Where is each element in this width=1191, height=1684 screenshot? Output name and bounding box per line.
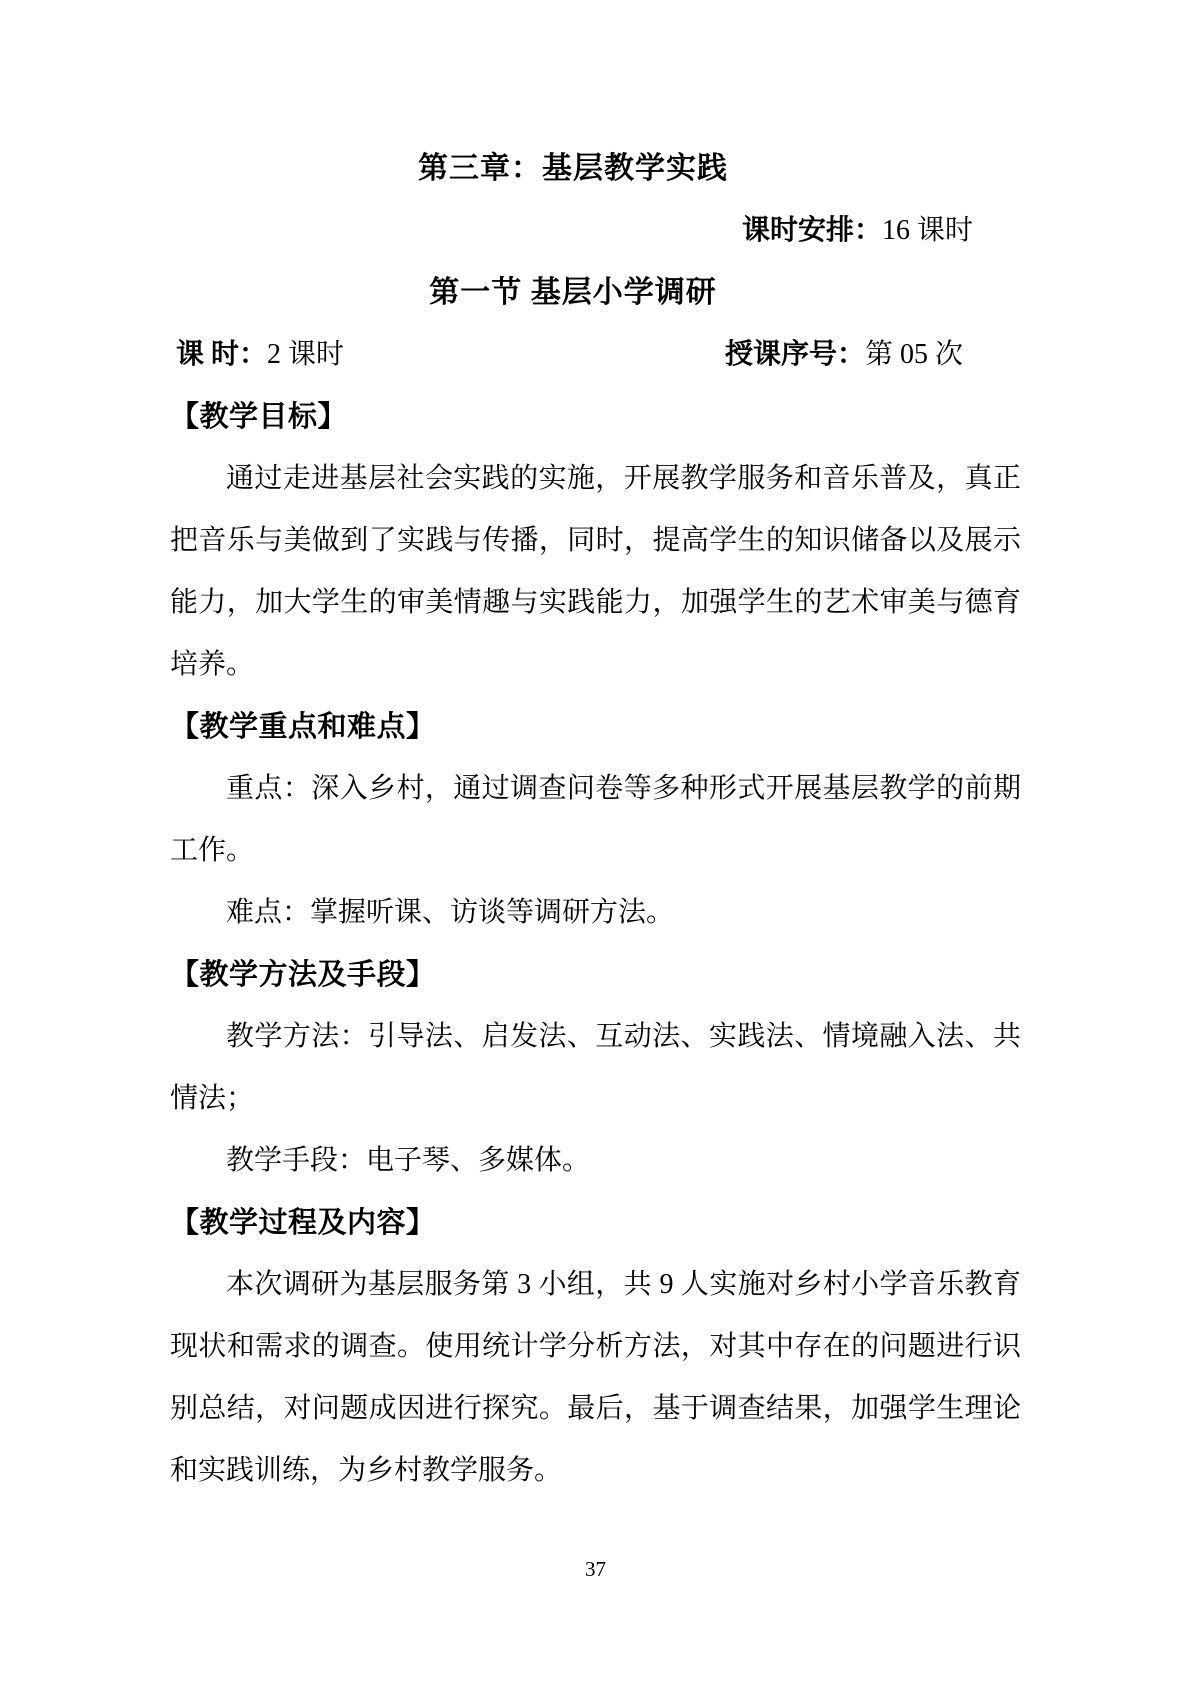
paragraph-line: 能力，加大学生的审美情趣与实践能力，加强学生的艺术审美与德育 [170,572,1021,634]
class-hours-value: 2 课时 [267,339,344,370]
paragraph-line: 情法； [170,1068,1021,1130]
paragraph-line: 通过走进基层社会实践的实施，开展教学服务和音乐普及，真正 [170,448,1021,510]
paragraph-line: 把音乐与美做到了实践与传播，同时，提高学生的知识储备以及展示 [170,510,1021,572]
paragraph-line: 现状和需求的调查。使用统计学分析方法，对其中存在的问题进行识 [170,1316,1021,1378]
paragraph-line: 培养。 [170,634,1021,696]
teaching-objectives-heading: 【教学目标】 [170,386,1021,448]
schedule-line: 课时安排：16 课时 [170,200,1021,262]
section-title: 第一节 基层小学调研 [170,262,1021,324]
document-page: 第三章：基层教学实践 课时安排：16 课时 第一节 基层小学调研 课 时：2 课… [0,0,1191,1684]
teaching-process-heading: 【教学过程及内容】 [170,1192,1021,1254]
class-meta-line: 课 时：2 课时 授课序号：第 05 次 [170,324,1021,386]
schedule-value: 16 课时 [882,215,973,246]
paragraph-line: 别总结，对问题成因进行探究。最后，基于调查结果，加强学生理论 [170,1378,1021,1440]
lecture-number: 授课序号：第 05 次 [725,324,963,386]
paragraph-line: 难点：掌握听课、访谈等调研方法。 [170,882,1021,944]
teaching-methods-heading: 【教学方法及手段】 [170,944,1021,1006]
document-content: 第三章：基层教学实践 课时安排：16 课时 第一节 基层小学调研 课 时：2 课… [0,0,1191,1600]
paragraph-line: 工作。 [170,820,1021,882]
page-number: 37 [170,1538,1021,1600]
chapter-title: 第三章：基层教学实践 [170,138,1021,200]
paragraph-line: 重点：深入乡村，通过调查问卷等多种形式开展基层教学的前期 [170,758,1021,820]
class-hours-label: 课 时： [176,339,267,370]
schedule-label: 课时安排： [742,215,882,246]
paragraph-line: 本次调研为基层服务第 3 小组，共 9 人实施对乡村小学音乐教育 [170,1254,1021,1316]
lecture-number-value: 第 05 次 [865,339,963,370]
paragraph-line: 教学手段：电子琴、多媒体。 [170,1130,1021,1192]
class-hours: 课 时：2 课时 [176,324,344,386]
key-difficult-points-heading: 【教学重点和难点】 [170,696,1021,758]
lecture-number-label: 授课序号： [725,339,865,370]
paragraph-line: 和实践训练，为乡村教学服务。 [170,1440,1021,1502]
paragraph-line: 教学方法：引导法、启发法、互动法、实践法、情境融入法、共 [170,1006,1021,1068]
